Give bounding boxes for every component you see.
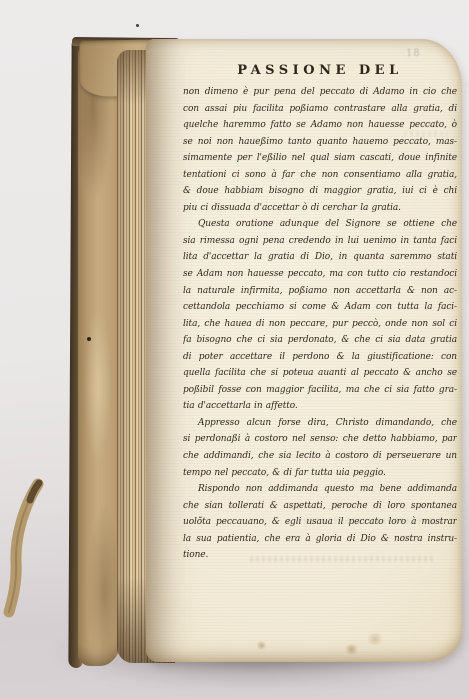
verso-show-through xyxy=(298,518,436,524)
photo-background: 18 PASSIONE DEL non dimeno è pur pena de… xyxy=(0,0,469,699)
text-line: con assai piu facilita poßiamo contrasta… xyxy=(183,101,457,118)
verso-show-through xyxy=(404,131,448,137)
body-text: non dimeno è pur pena del peccato di Ada… xyxy=(183,84,457,564)
text-line: la sua patientia, che era à gloria di Di… xyxy=(183,531,457,548)
text-line: che sian tollerati & aspettati, peroche … xyxy=(183,498,457,515)
verso-show-through xyxy=(250,556,436,562)
text-line: non dimeno è pur pena del peccato di Ada… xyxy=(183,84,457,101)
text-line: Appresso alcun forse dira, Christo diman… xyxy=(183,415,457,432)
foxing-stain xyxy=(256,641,267,650)
text-block: PASSIONE DEL non dimeno è pur pena del p… xyxy=(183,63,457,564)
text-line: cettandola pecchiamo si come & Adam con … xyxy=(183,299,457,316)
text-line: & doue habbiam bisogno di maggior gratia… xyxy=(183,183,457,200)
text-line: poßibil fosse con maggior facilita, ma c… xyxy=(183,382,457,399)
text-line: se Adam non hauesse peccato, ma con tutt… xyxy=(183,266,457,283)
book-spine xyxy=(78,43,122,666)
book-page: 18 PASSIONE DEL non dimeno è pur pena de… xyxy=(146,39,462,662)
text-line: tempo nel peccato, & di far tutta uia pe… xyxy=(183,465,457,482)
text-line: sia rimessa ogni pena credendo in lui ue… xyxy=(183,233,457,250)
text-line: quella facilita che si poteua auanti al … xyxy=(183,365,457,382)
foxing-stain xyxy=(365,633,385,645)
text-line: simamente per l'eßilio nel qual siam cas… xyxy=(183,150,457,167)
foxing-stain xyxy=(344,644,359,655)
text-line: si perdonaßi à costoro nel senso: che de… xyxy=(183,431,457,448)
text-line: la naturale infirmita, poßiamo non accet… xyxy=(183,283,457,300)
text-line: Questa oratione adunque del Signore se o… xyxy=(183,216,457,233)
faint-page-number: 18 xyxy=(406,48,421,59)
text-line: che addimandi, che sia lecito à costoro … xyxy=(183,448,457,465)
dust-speck xyxy=(136,24,139,27)
text-line: di poter accettare il perdono & la giust… xyxy=(183,349,457,366)
text-line: tia d'accettarla in affetto. xyxy=(183,398,457,415)
text-line: fa bisogno che ci sia perdonato, & che c… xyxy=(183,332,457,349)
text-line: piu ci dissuada d'accettar ò di cerchar … xyxy=(183,200,457,217)
vellum-tie xyxy=(2,478,46,620)
text-line: tentationi ci sono à far che non consent… xyxy=(183,167,457,184)
text-line: lita d'accettar la gratia di Dio, in qua… xyxy=(183,249,457,266)
ink-speck xyxy=(87,337,91,341)
text-line: lita, che hauea di non peccare, pur pecc… xyxy=(183,316,457,333)
running-header: PASSIONE DEL xyxy=(183,63,457,78)
text-line: Rispondo non addimanda questo ma bene ad… xyxy=(183,481,457,498)
